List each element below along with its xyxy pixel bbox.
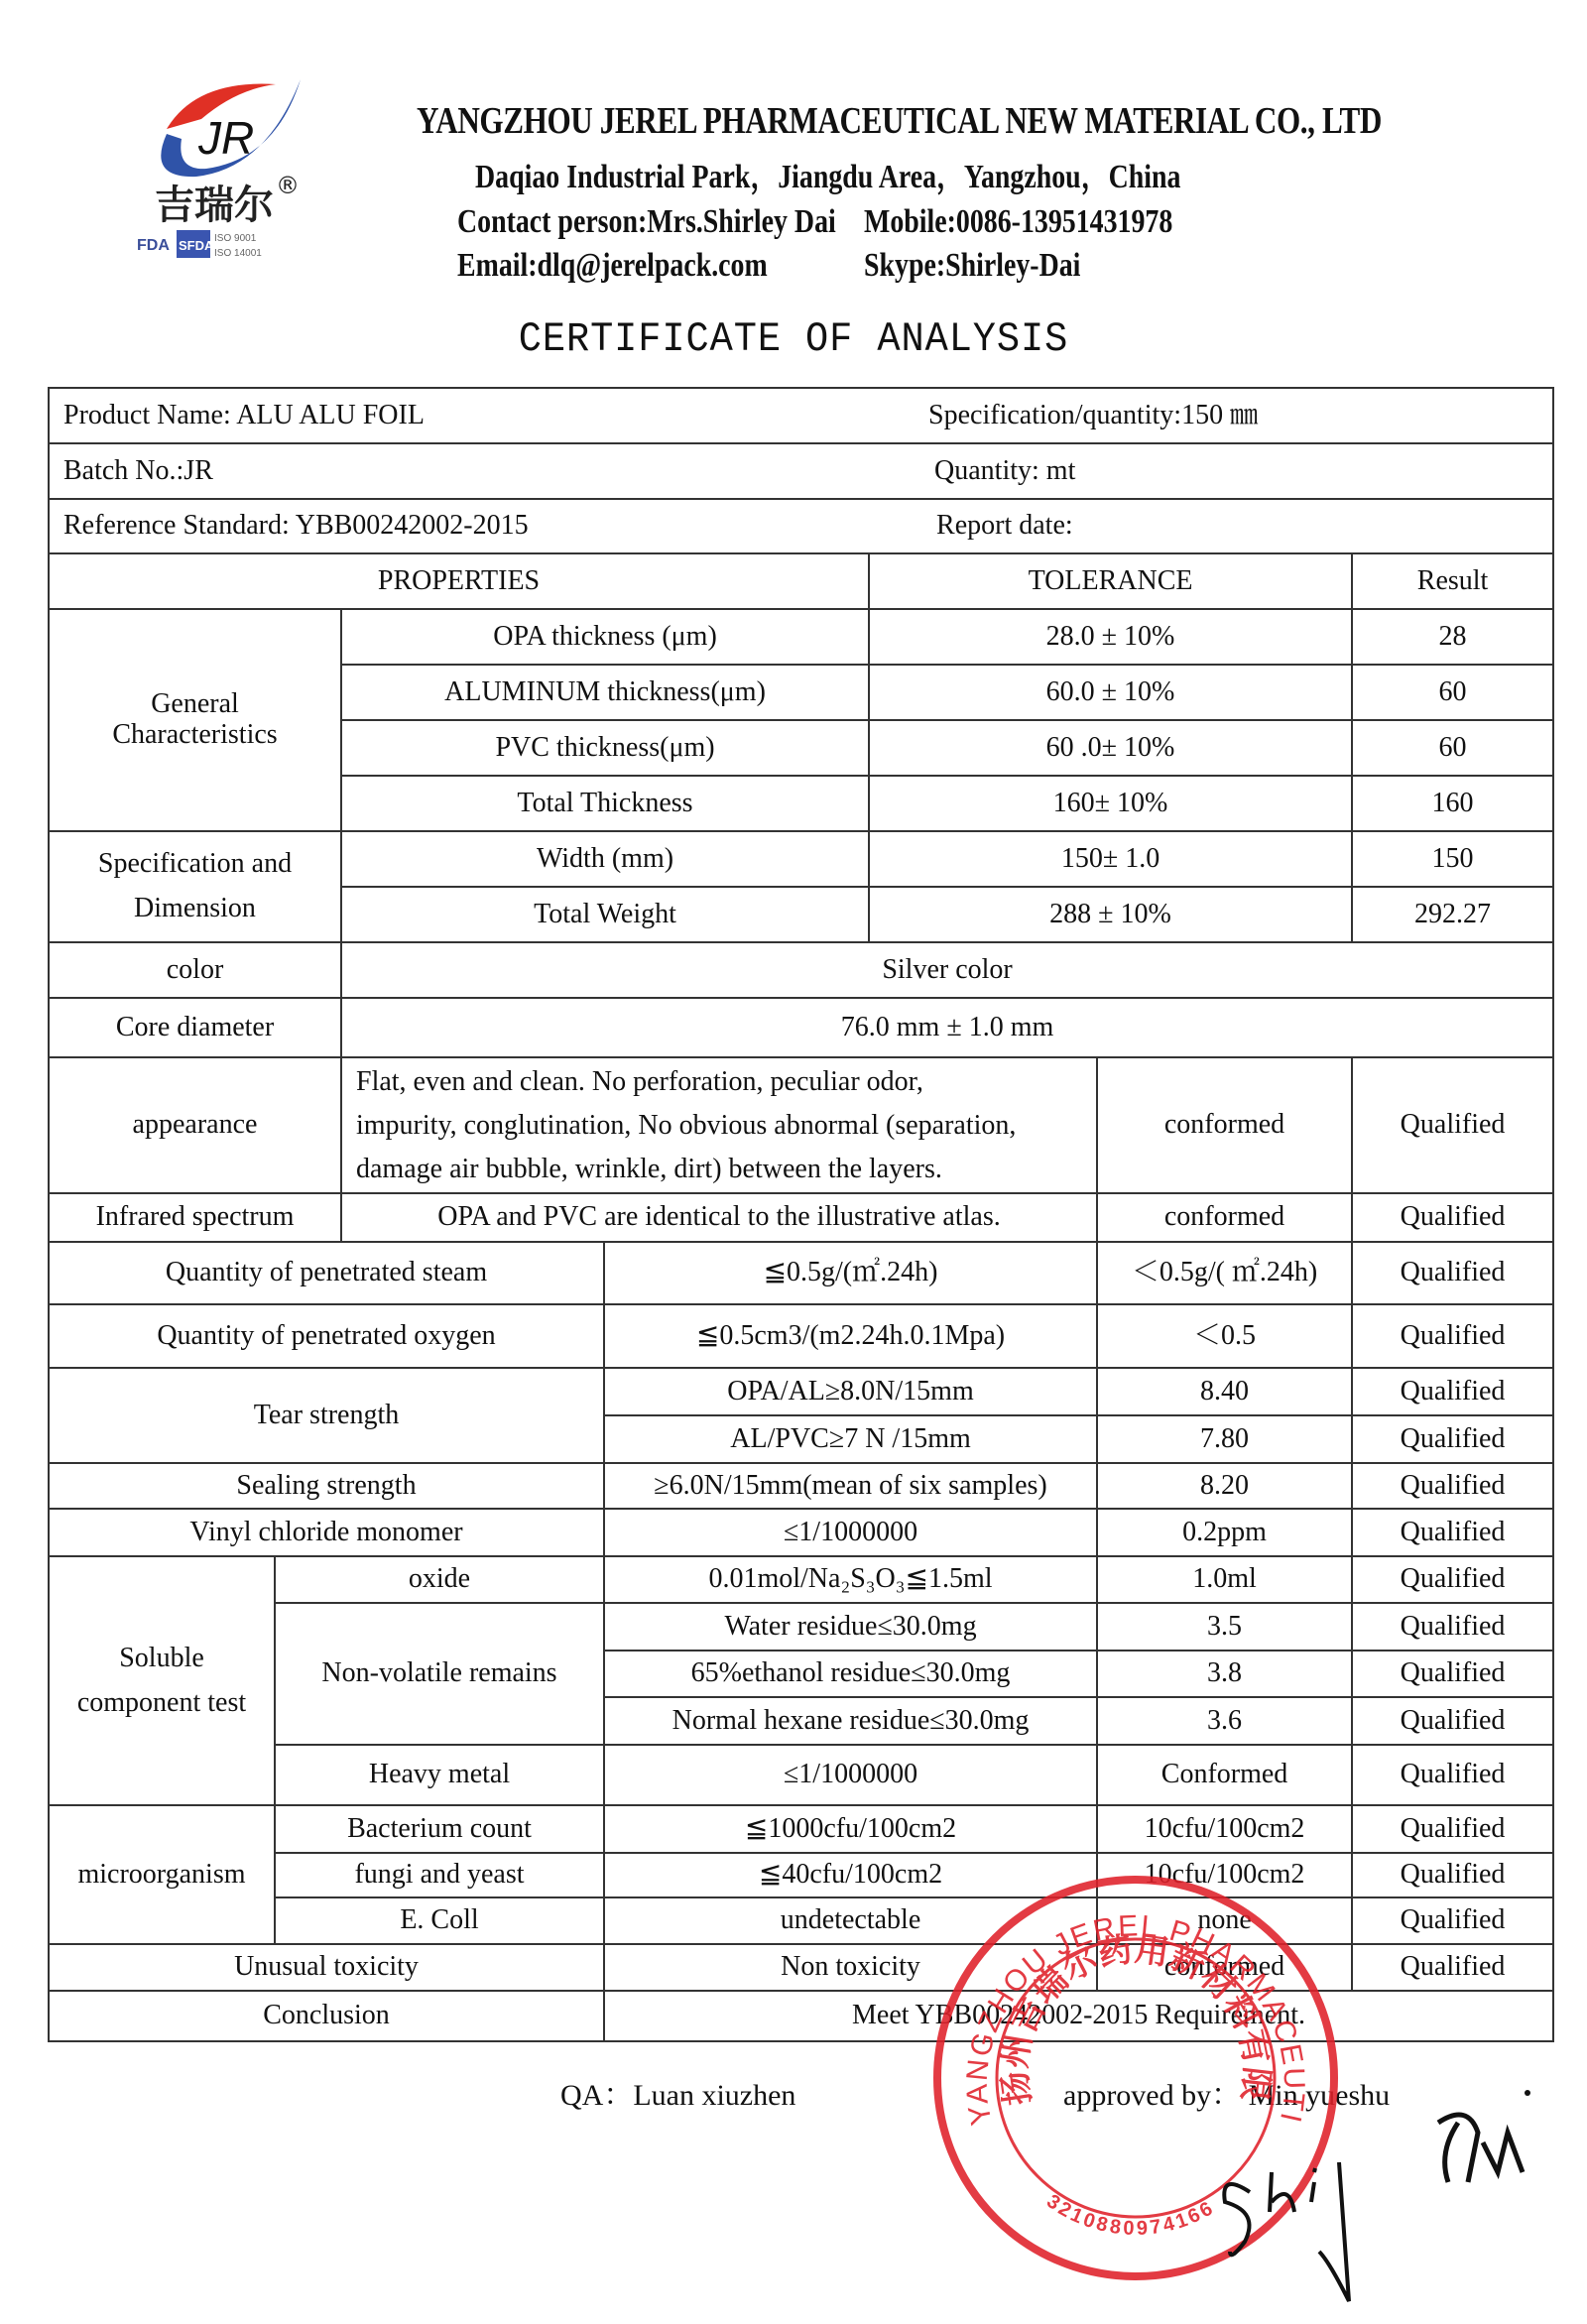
- standard: ≦0.5g/(㎡.24h): [604, 1242, 1097, 1304]
- analysis-table: Product Name: ALU ALU FOIL Specification…: [48, 387, 1554, 2042]
- result: Qualified: [1352, 1242, 1553, 1304]
- result: Qualified: [1352, 1509, 1553, 1556]
- result: Qualified: [1352, 1697, 1553, 1745]
- result: Qualified: [1352, 1193, 1553, 1242]
- email: Email:dlq@jerelpack.com: [457, 247, 864, 285]
- group-microorganism: microorganism: [49, 1805, 275, 1944]
- tolerance: 28.0 ± 10%: [869, 609, 1352, 665]
- qa-signatory: QA：Luan xiuzhen: [560, 2070, 795, 2114]
- svg-text:ISO 14001: ISO 14001: [214, 248, 262, 259]
- test: 8.40: [1097, 1368, 1352, 1415]
- standard: 65%ethanol residue≤30.0mg: [604, 1651, 1097, 1697]
- test: conformed: [1097, 1057, 1352, 1193]
- group-general: General Characteristics: [49, 609, 341, 831]
- table-row: Vinyl chloride monomer ≤1/1000000 0.2ppm…: [49, 1509, 1553, 1556]
- result: Qualified: [1352, 1651, 1553, 1697]
- property: OPA thickness (μm): [341, 609, 869, 665]
- report-date: Report date:: [869, 499, 1553, 553]
- steam-label: Quantity of penetrated steam: [49, 1242, 604, 1304]
- test: 3.8: [1097, 1651, 1352, 1697]
- property: Width (mm): [341, 831, 869, 887]
- result: Qualified: [1352, 1463, 1553, 1509]
- result: Qualified: [1352, 1897, 1553, 1944]
- test: 3.5: [1097, 1603, 1352, 1651]
- infrared-label: Infrared spectrum: [49, 1193, 341, 1242]
- standard: OPA/AL≥8.0N/15mm: [604, 1368, 1097, 1415]
- infrared-value: OPA and PVC are identical to the illustr…: [341, 1193, 1097, 1242]
- header-row: PROPERTIES TOLERANCE Result: [49, 553, 1553, 609]
- color-value: Silver color: [341, 942, 1553, 998]
- test: ＜0.5: [1097, 1304, 1352, 1368]
- vinyl-label: Vinyl chloride monomer: [49, 1509, 604, 1556]
- color-label: color: [49, 942, 341, 998]
- test: 10cfu/100cm2: [1097, 1805, 1352, 1853]
- table-row: Tear strength OPA/AL≥8.0N/15mm 8.40 Qual…: [49, 1368, 1553, 1415]
- table-row: Core diameter 76.0 mm ± 1.0 mm: [49, 998, 1553, 1057]
- contact-person: Contact person:Mrs.Shirley Dai: [457, 203, 864, 241]
- oxygen-label: Quantity of penetrated oxygen: [49, 1304, 604, 1368]
- table-row: Specification and Dimension Width (mm) 1…: [49, 831, 1553, 887]
- test: Conformed: [1097, 1745, 1352, 1805]
- signature-icon: [1200, 2063, 1587, 2321]
- nonvolatile-label: Non-volatile remains: [275, 1603, 604, 1745]
- tolerance: 288 ± 10%: [869, 887, 1352, 942]
- mobile: Mobile:0086-13951431978: [864, 203, 1172, 241]
- standard: ≤1/1000000: [604, 1745, 1097, 1805]
- standard: ≦0.5cm3/(m2.24h.0.1Mpa): [604, 1304, 1097, 1368]
- test: 1.0ml: [1097, 1556, 1352, 1603]
- standard: ≦1000cfu/100cm2: [604, 1805, 1097, 1853]
- standard: Water residue≤30.0mg: [604, 1603, 1097, 1651]
- result: Qualified: [1352, 1057, 1553, 1193]
- svg-text:SFDA: SFDA: [179, 238, 214, 253]
- test: conformed: [1097, 1193, 1352, 1242]
- table-row: General Characteristics OPA thickness (μ…: [49, 609, 1553, 665]
- table-row: Infrared spectrum OPA and PVC are identi…: [49, 1193, 1553, 1242]
- group-spec: Specification and Dimension: [49, 831, 341, 942]
- oxide-label: oxide: [275, 1556, 604, 1603]
- company-logo: JR 吉瑞尔 ® FDA SFDA ISO 9001 ISO 14001: [127, 60, 325, 268]
- heavy-metal-label: Heavy metal: [275, 1745, 604, 1805]
- test: 7.80: [1097, 1415, 1352, 1463]
- standard: AL/PVC≥7 N /15mm: [604, 1415, 1097, 1463]
- result: Qualified: [1352, 1415, 1553, 1463]
- col-result: Result: [1352, 553, 1553, 609]
- result: 60: [1352, 720, 1553, 776]
- table-row: Non-volatile remains Water residue≤30.0m…: [49, 1603, 1553, 1651]
- standard: Normal hexane residue≤30.0mg: [604, 1697, 1097, 1745]
- col-properties: PROPERTIES: [49, 553, 869, 609]
- svg-text:FDA: FDA: [137, 237, 170, 254]
- result: Qualified: [1352, 1556, 1553, 1603]
- group-soluble: Soluble component test: [49, 1556, 275, 1805]
- tolerance: 150± 1.0: [869, 831, 1352, 887]
- tolerance: 160± 10%: [869, 776, 1352, 831]
- svg-text:®: ®: [276, 172, 300, 199]
- test: ＜0.5g/( ㎡.24h): [1097, 1242, 1352, 1304]
- tolerance: 60.0 ± 10%: [869, 665, 1352, 720]
- tolerance: 60 .0± 10%: [869, 720, 1352, 776]
- appearance-text: Flat, even and clean. No perforation, pe…: [341, 1057, 1097, 1193]
- property: Total Thickness: [341, 776, 869, 831]
- table-row: Soluble component test oxide 0.01mol/Na₂…: [49, 1556, 1553, 1603]
- item: Bacterium count: [275, 1805, 604, 1853]
- quantity: Quantity: mt: [869, 443, 1553, 499]
- core-label: Core diameter: [49, 998, 341, 1057]
- standard: 0.01mol/Na₂S₃O₃≦1.5ml: [604, 1556, 1097, 1603]
- info-row: Reference Standard: YBB00242002-2015 Rep…: [49, 499, 1553, 553]
- property: Total Weight: [341, 887, 869, 942]
- skype: Skype:Shirley-Dai: [864, 247, 1080, 285]
- info-row: Batch No.:JR Quantity: mt: [49, 443, 1553, 499]
- test: 0.2ppm: [1097, 1509, 1352, 1556]
- table-row: microorganism Bacterium count ≦1000cfu/1…: [49, 1805, 1553, 1853]
- svg-text:JR: JR: [197, 112, 254, 164]
- reference-standard: Reference Standard: YBB00242002-2015: [49, 499, 869, 553]
- company-header: YANGZHOU JEREL PHARMACEUTICAL NEW MATERI…: [417, 99, 1311, 285]
- company-address: Daqiao Industrial Park，Jiangdu Area，Yang…: [475, 149, 1311, 197]
- standard: ≤1/1000000: [604, 1509, 1097, 1556]
- table-row: Quantity of penetrated oxygen ≦0.5cm3/(m…: [49, 1304, 1553, 1368]
- result: 28: [1352, 609, 1553, 665]
- item: E. Coll: [275, 1897, 604, 1944]
- standard: ≥6.0N/15mm(mean of six samples): [604, 1463, 1097, 1509]
- result: 160: [1352, 776, 1553, 831]
- result: Qualified: [1352, 1745, 1553, 1805]
- table-row: Heavy metal ≤1/1000000 Conformed Qualifi…: [49, 1745, 1553, 1805]
- conclusion-label: Conclusion: [49, 1991, 604, 2041]
- info-row: Product Name: ALU ALU FOIL Specification…: [49, 388, 1553, 443]
- svg-text:吉瑞尔: 吉瑞尔: [155, 183, 274, 228]
- result: Qualified: [1352, 1853, 1553, 1897]
- svg-text:ISO 9001: ISO 9001: [214, 233, 257, 244]
- test: 8.20: [1097, 1463, 1352, 1509]
- svg-text:3210880974166: 3210880974166: [1042, 2190, 1219, 2240]
- company-name: YANGZHOU JEREL PHARMACEUTICAL NEW MATERI…: [417, 99, 1311, 143]
- result: 60: [1352, 665, 1553, 720]
- sealing-label: Sealing strength: [49, 1463, 604, 1509]
- result: Qualified: [1352, 1944, 1553, 1991]
- toxicity-label: Unusual toxicity: [49, 1944, 604, 1991]
- specification: Specification/quantity:150 ㎜: [869, 388, 1553, 443]
- core-value: 76.0 mm ± 1.0 mm: [341, 998, 1553, 1057]
- result: 150: [1352, 831, 1553, 887]
- product-name: Product Name: ALU ALU FOIL: [49, 388, 869, 443]
- property: ALUMINUM thickness(μm): [341, 665, 869, 720]
- property: PVC thickness(μm): [341, 720, 869, 776]
- table-row: color Silver color: [49, 942, 1553, 998]
- result: Qualified: [1352, 1805, 1553, 1853]
- result: Qualified: [1352, 1603, 1553, 1651]
- result: 292.27: [1352, 887, 1553, 942]
- batch-no: Batch No.:JR: [49, 443, 869, 499]
- table-row: appearance Flat, even and clean. No perf…: [49, 1057, 1553, 1193]
- document-title: CERTIFICATE OF ANALYSIS: [63, 315, 1524, 363]
- item: fungi and yeast: [275, 1853, 604, 1897]
- test: 3.6: [1097, 1697, 1352, 1745]
- result: Qualified: [1352, 1368, 1553, 1415]
- appearance-label: appearance: [49, 1057, 341, 1193]
- table-row: Quantity of penetrated steam ≦0.5g/(㎡.24…: [49, 1242, 1553, 1304]
- col-tolerance: TOLERANCE: [869, 553, 1352, 609]
- result: Qualified: [1352, 1304, 1553, 1368]
- tear-label: Tear strength: [49, 1368, 604, 1463]
- table-row: Sealing strength ≥6.0N/15mm(mean of six …: [49, 1463, 1553, 1509]
